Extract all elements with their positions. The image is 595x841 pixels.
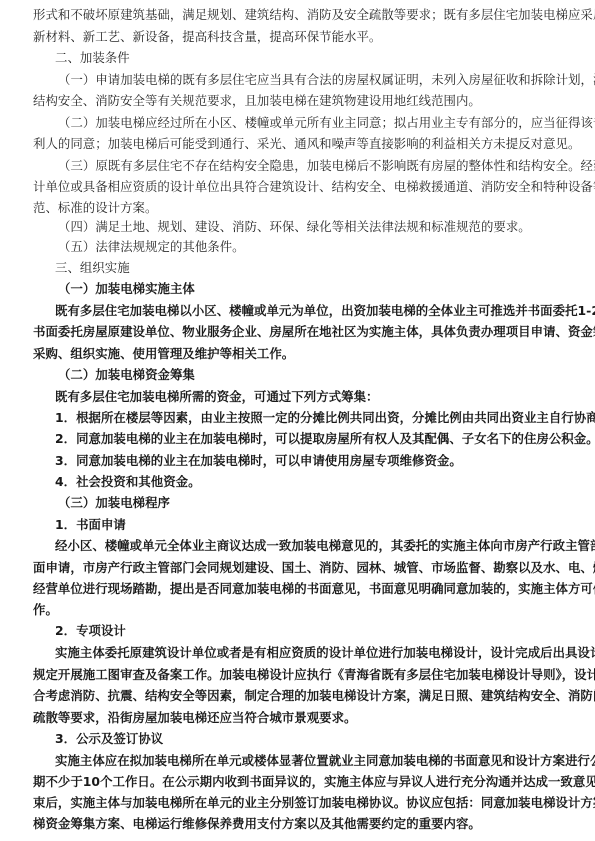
text-line: 范、标准的设计方案。 [33, 200, 563, 216]
section-heading: 二、加装条件 [55, 50, 563, 66]
text-line: 结构安全、消防安全等有关规范要求，且加装电梯在建筑物建设用地红线范围内。 [33, 93, 563, 109]
text-line: （二）加装电梯应经过所在小区、楼幢或单元所有业主同意；拟占用业主专有部分的，应当… [58, 115, 563, 131]
list-item: 2．同意加装电梯的业主在加装电梯时，可以提取房屋所有权人及其配偶、子女名下的住房… [55, 431, 563, 447]
text-line: 疏散等要求，沿街房屋加装电梯还应当符合城市景观要求。 [33, 710, 563, 726]
text-line: 期不少于10个工作日。在公示期内收到书面异议的，实施主体应与异议人进行充分沟通并… [33, 774, 563, 790]
text-line: 面申请，市房产行政主管部门会同规划建设、国土、消防、园林、城管、市场监督、勘察以… [33, 560, 563, 576]
text-line: 实施主体应在拟加装电梯所在单元或楼体显著位置就业主同意加装电梯的书面意见和设计方… [55, 753, 563, 769]
text-line: 书面委托房屋原建设单位、物业服务企业、房屋所在地社区为实施主体，具体负责办理项目… [33, 324, 563, 340]
text-line: 利人的同意；加装电梯后可能受到通行、采光、通风和噪声等直接影响的利益相关方未提反… [33, 136, 563, 152]
text-line: 规定开展施工图审查及备案工作。加装电梯设计应执行《青海省既有多层住宅加装电梯设计… [33, 667, 563, 683]
text-line: 形式和不破坏原建筑基础，满足规划、建筑结构、消防及安全疏散等要求；既有多层住宅加… [33, 7, 563, 23]
step-heading: 1．书面申请 [55, 517, 563, 533]
list-item: 1．根据所在楼层等因素，由业主按照一定的分摊比例共同出资，分摊比例由共同出资业主… [55, 410, 563, 426]
text-line: 计单位或具备相应资质的设计单位出具符合建筑设计、结构安全、电梯救援通道、消防安全… [33, 179, 563, 195]
text-line: （五）法律法规规定的其他条件。 [58, 239, 563, 255]
text-line: 采购、组织实施、使用管理及维护等相关工作。 [33, 346, 563, 362]
text-line: （四）满足土地、规划、建设、消防、环保、绿化等相关法律法规和标准规范的要求。 [58, 219, 563, 235]
subsection-heading: （二）加装电梯资金筹集 [58, 367, 563, 383]
step-heading: 3．公示及签订协议 [55, 731, 563, 747]
text-line: 新材料、新工艺、新设备，提高科技含量，提高环保节能水平。 [33, 29, 563, 45]
step-heading: 2．专项设计 [55, 623, 563, 639]
list-item: 4．社会投资和其他资金。 [55, 474, 563, 490]
text-line: 梯资金筹集方案、电梯运行维修保养费用支付方案以及其他需要约定的重要内容。 [33, 816, 563, 832]
text-line: 合考虑消防、抗震、结构安全等因素，制定合理的加装电梯设计方案，满足日照、建筑结构… [33, 688, 563, 704]
text-line: 作。 [33, 602, 563, 618]
text-line: （一）申请加装电梯的既有多层住宅应当具有合法的房屋权属证明，未列入房屋征收和拆除… [58, 72, 563, 88]
subsection-heading: （三）加装电梯程序 [58, 495, 563, 511]
text-line: （三）原既有多层住宅不存在结构安全隐患，加装电梯后不影响既有房屋的整体性和结构安… [58, 158, 563, 174]
list-item: 3．同意加装电梯的业主在加装电梯时，可以申请使用房屋专项维修资金。 [55, 453, 563, 469]
document-page: 形式和不破坏原建筑基础，满足规划、建筑结构、消防及安全疏散等要求；既有多层住宅加… [0, 0, 595, 841]
text-line: 实施主体委托原建筑设计单位或者是有相应资质的设计单位进行加装电梯设计，设计完成后… [55, 645, 563, 661]
text-line: 经营单位进行现场踏勘，提出是否同意加装电梯的书面意见，书面意见明确同意加装的，实… [33, 581, 563, 597]
text-line: 既有多层住宅加装电梯以小区、楼幢或单元为单位，出资加装电梯的全体业主可推选并书面… [55, 303, 563, 319]
text-line: 既有多层住宅加装电梯所需的资金，可通过下列方式筹集： [55, 389, 563, 405]
text-line: 经小区、楼幢或单元全体业主商议达成一致加装电梯意见的，其委托的实施主体向市房产行… [55, 538, 563, 554]
section-heading: 三、组织实施 [55, 260, 563, 276]
text-line: 束后，实施主体与加装电梯所在单元的业主分别签订加装电梯协议。协议应包括：同意加装… [33, 795, 563, 811]
subsection-heading: （一）加装电梯实施主体 [58, 281, 563, 297]
